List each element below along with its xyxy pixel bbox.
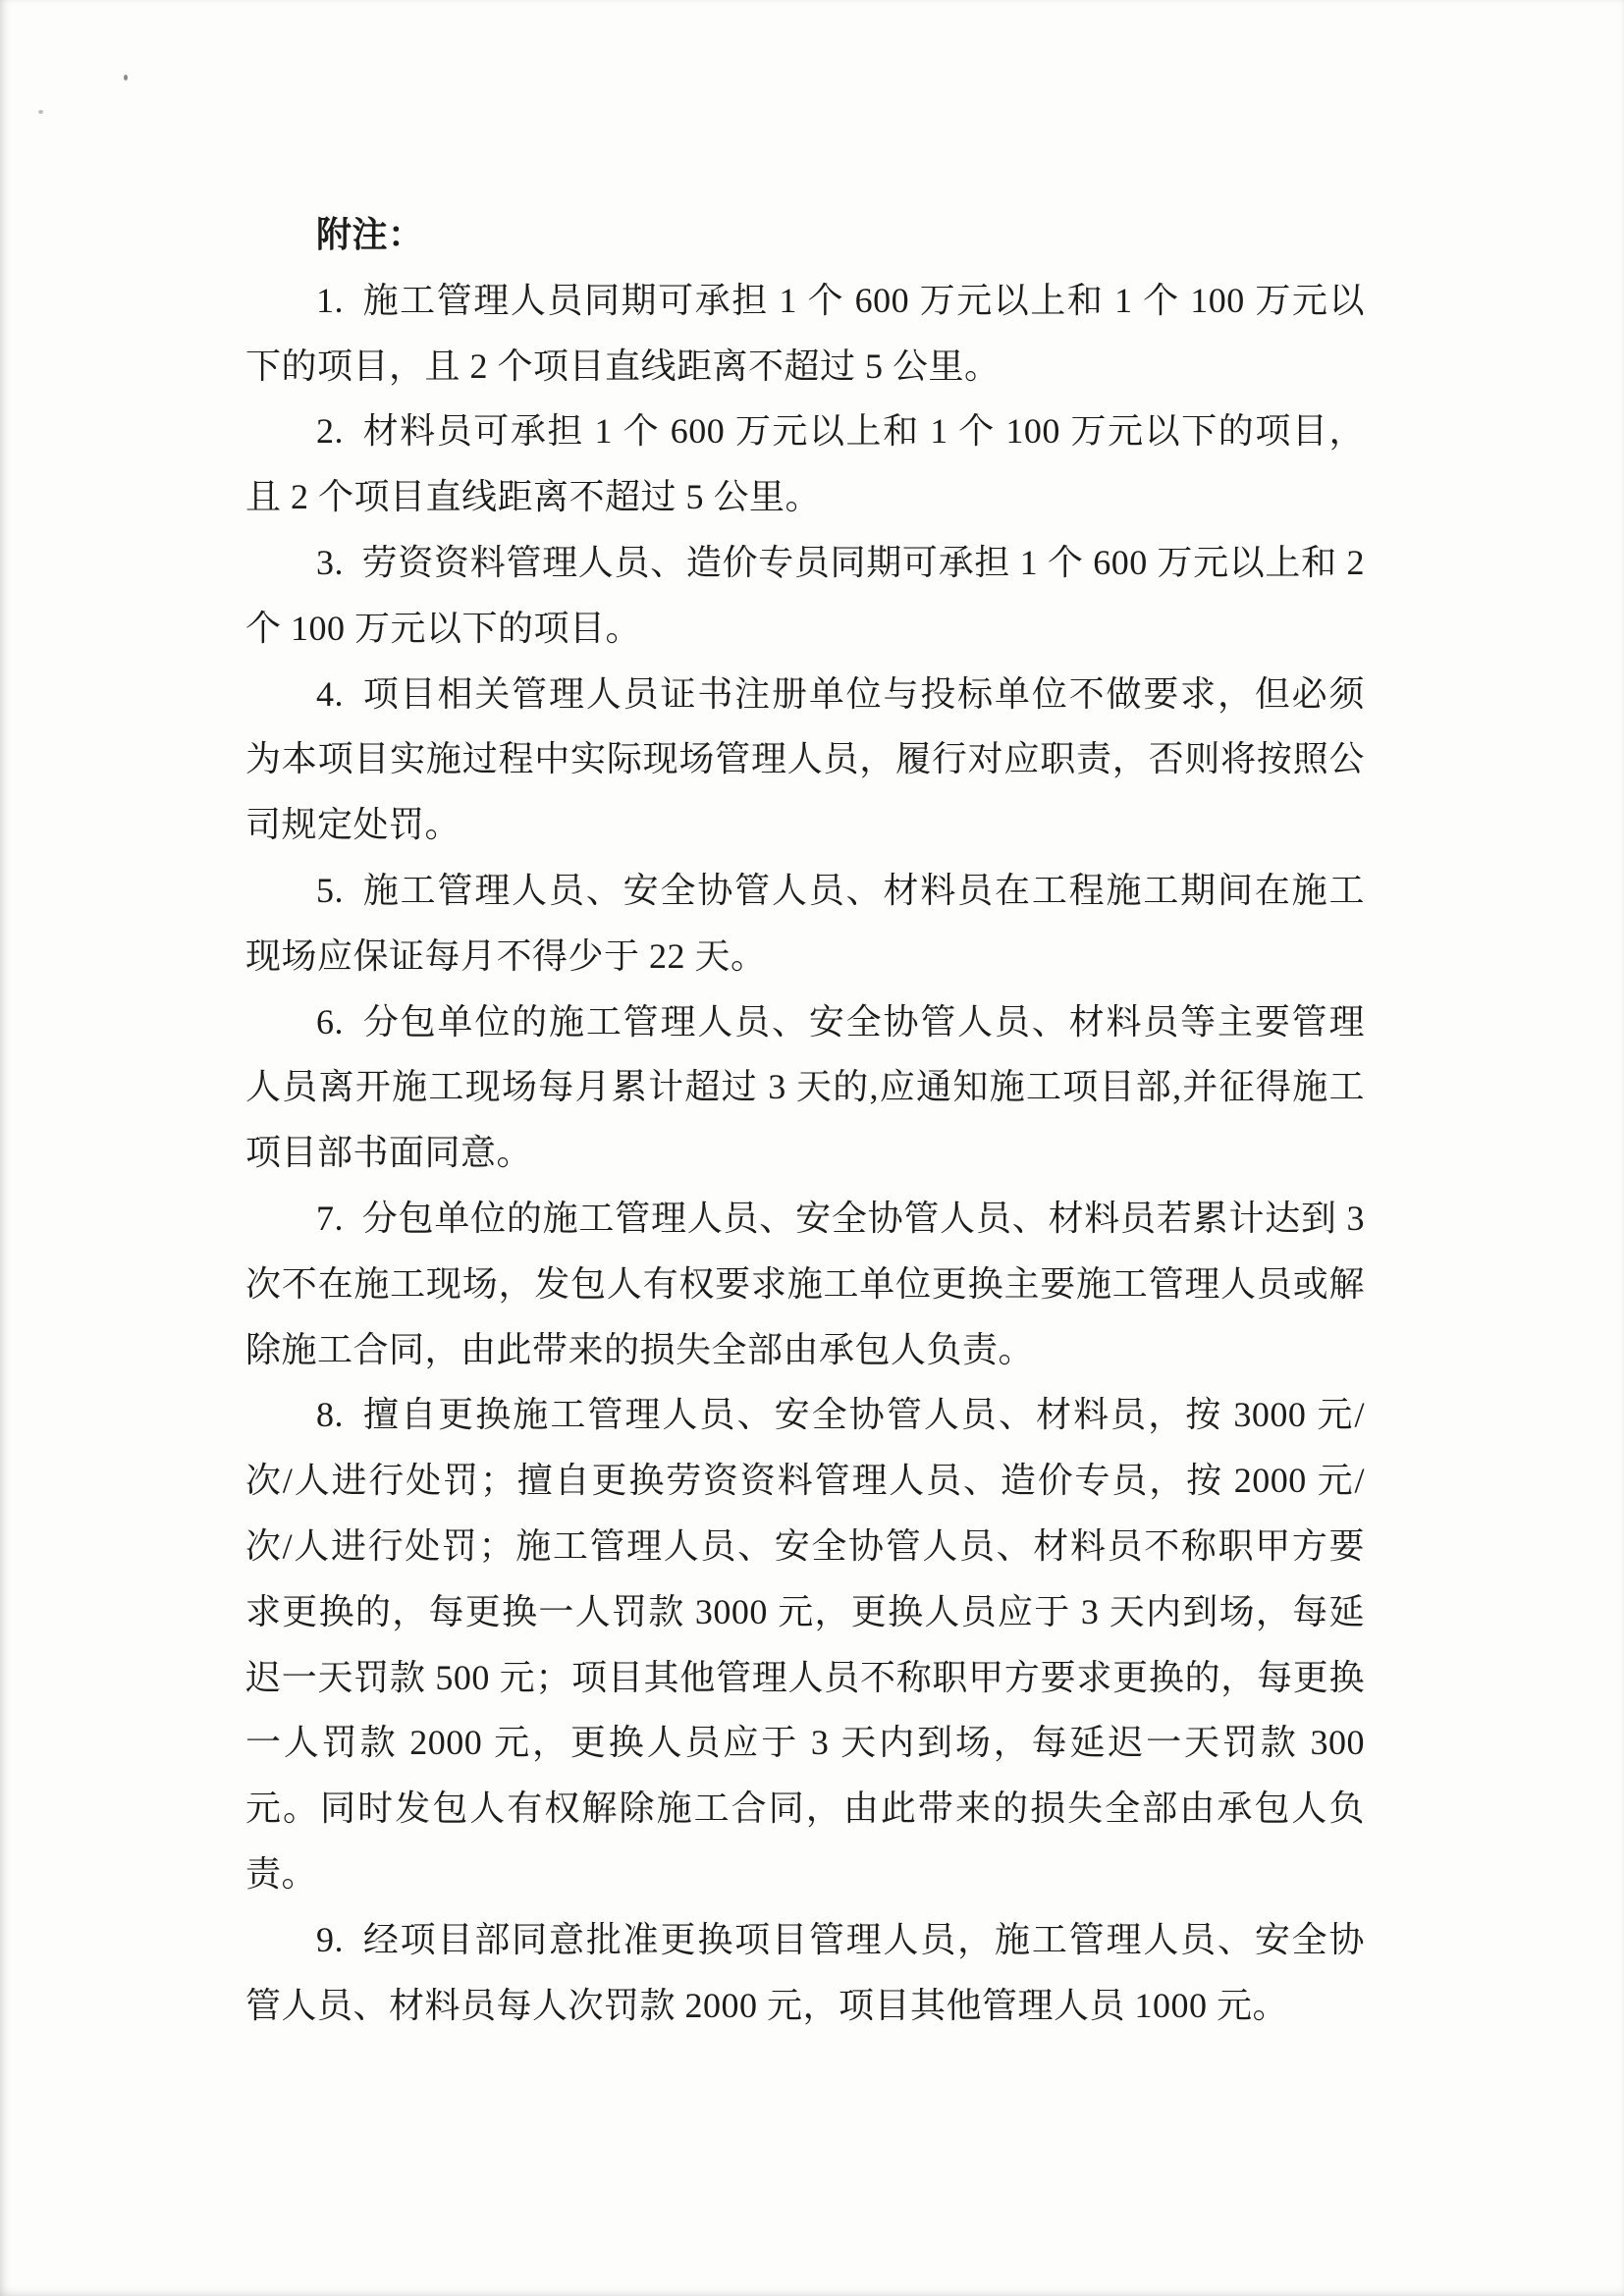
note-item: 2. 材料员可承担 1 个 600 万元以上和 1 个 100 万元以下的项目，…	[245, 399, 1365, 530]
note-item: 5. 施工管理人员、安全协管人员、材料员在工程施工期间在施工现场应保证每月不得少…	[245, 858, 1365, 989]
note-item: 4. 项目相关管理人员证书注册单位与投标单位不做要求，但必须为本项目实施过程中实…	[245, 662, 1365, 858]
note-item: 8. 擅自更换施工管理人员、安全协管人员、材料员，按 3000 元/次/人进行处…	[245, 1382, 1365, 1906]
scan-speck	[38, 110, 43, 114]
note-item: 1. 施工管理人员同期可承担 1 个 600 万元以上和 1 个 100 万元以…	[245, 268, 1365, 400]
scanned-document-page: 附注： 1. 施工管理人员同期可承担 1 个 600 万元以上和 1 个 100…	[0, 0, 1624, 2296]
note-item: 3. 劳资资料管理人员、造价专员同期可承担 1 个 600 万元以上和 2 个 …	[245, 530, 1365, 662]
notes-section: 附注： 1. 施工管理人员同期可承担 1 个 600 万元以上和 1 个 100…	[245, 202, 1365, 2038]
note-item: 9. 经项目部同意批准更换项目管理人员，施工管理人员、安全协管人员、材料员每人次…	[245, 1907, 1365, 2039]
notes-list: 1. 施工管理人员同期可承担 1 个 600 万元以上和 1 个 100 万元以…	[245, 268, 1365, 2039]
note-item: 7. 分包单位的施工管理人员、安全协管人员、材料员若累计达到 3 次不在施工现场…	[245, 1186, 1365, 1382]
note-item: 6. 分包单位的施工管理人员、安全协管人员、材料员等主要管理人员离开施工现场每月…	[245, 989, 1365, 1186]
notes-heading: 附注：	[245, 202, 1365, 268]
scan-speck	[124, 75, 128, 80]
